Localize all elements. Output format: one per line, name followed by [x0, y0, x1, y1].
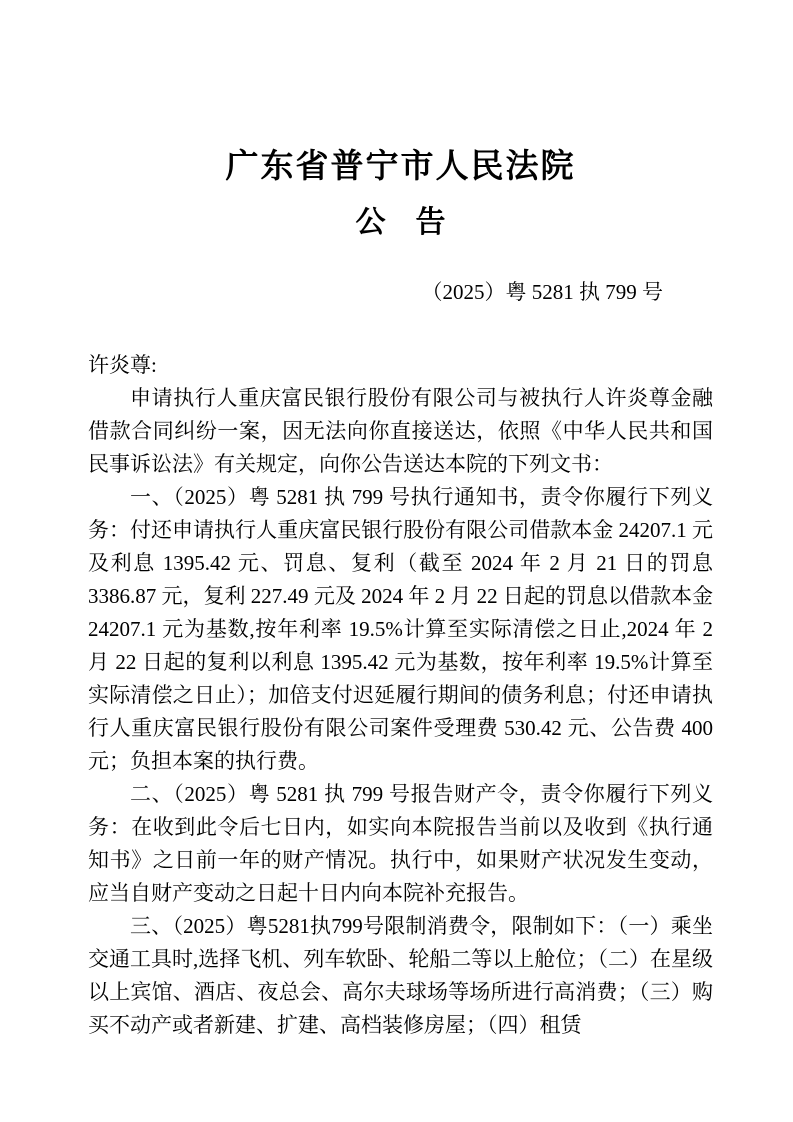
notice-title: 公 告 [88, 205, 713, 241]
notice-page: 广东省普宁市人民法院 公 告 （2025）粤 5281 执 799 号 许炎尊:… [0, 0, 793, 1122]
court-name: 广东省普宁市人民法院 [88, 147, 713, 187]
salutation: 许炎尊: [88, 349, 713, 382]
case-number: （2025）粤 5281 执 799 号 [88, 279, 713, 305]
notice-body: 许炎尊: 申请执行人重庆富民银行股份有限公司与被执行人许炎尊金融借款合同纠纷一案… [88, 349, 713, 1042]
paragraph-execution-notice: 一、（2025）粤 5281 执 799 号执行通知书，责令你履行下列义务：付还… [88, 481, 713, 778]
paragraph-case-intro: 申请执行人重庆富民银行股份有限公司与被执行人许炎尊金融借款合同纠纷一案，因无法向… [88, 382, 713, 481]
paragraph-consumption-restriction-order: 三、（2025）粤5281执799号限制消费令，限制如下：（一）乘坐交通工具时,… [88, 910, 713, 1042]
paragraph-property-report-order: 二、（2025）粤 5281 执 799 号报告财产令，责令你履行下列义务：在收… [88, 778, 713, 910]
